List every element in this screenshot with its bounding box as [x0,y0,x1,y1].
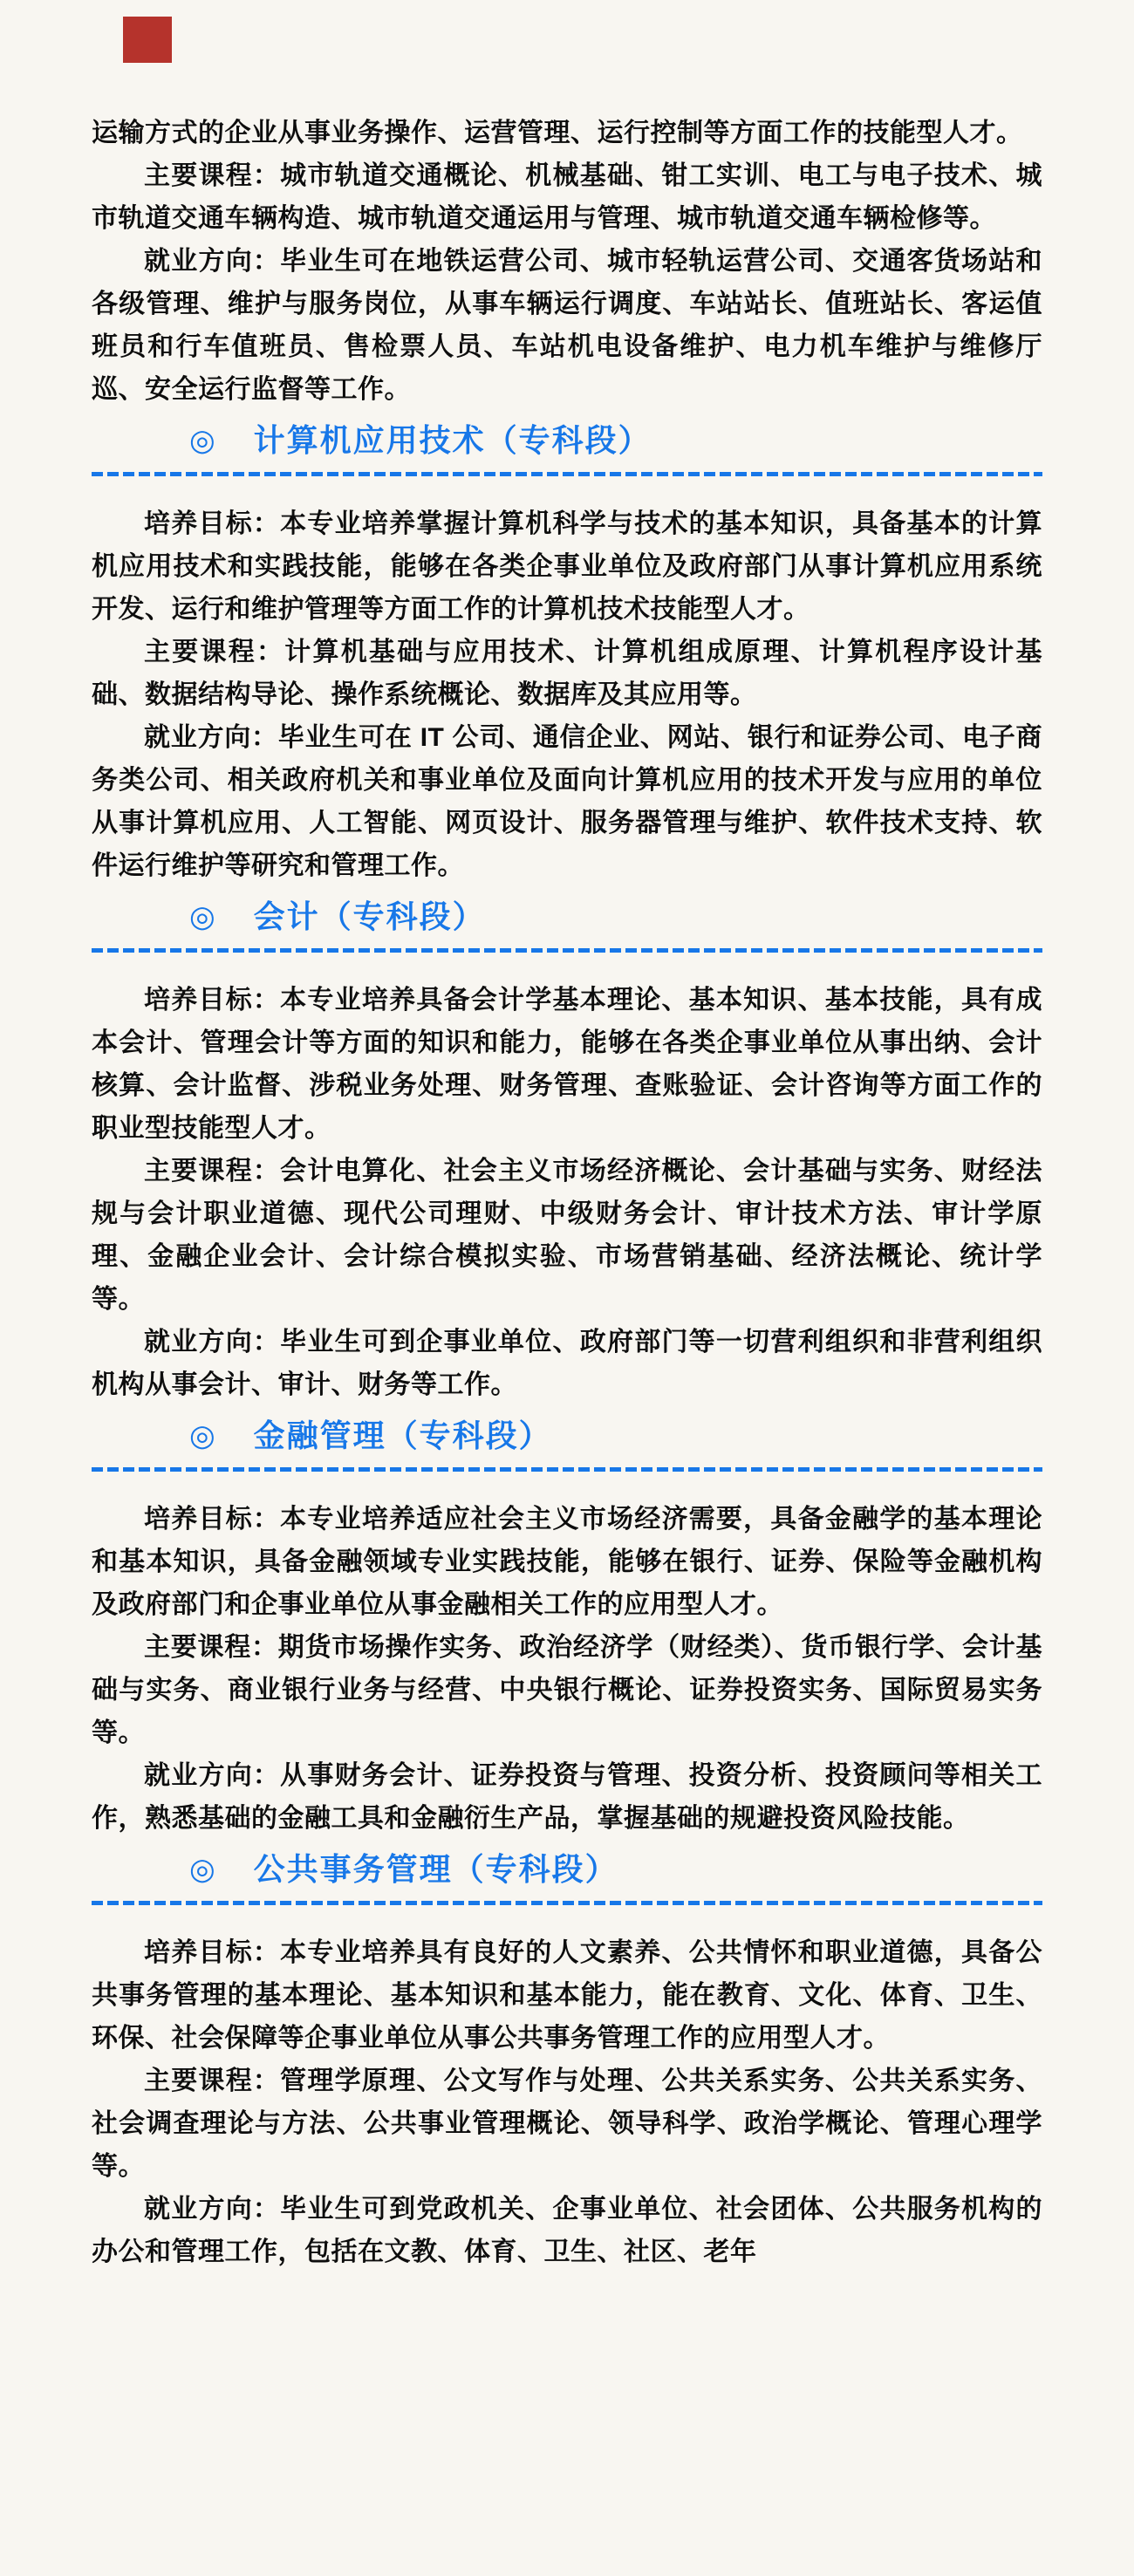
dashed-divider [92,1901,1042,1905]
dashed-divider [92,1467,1042,1472]
section-bullet-icon: ◎ [189,420,215,461]
main-courses-paragraph: 主要课程：管理学原理、公文写作与处理、公共关系实务、公共关系实务、社会调查理论与… [92,2060,1042,2188]
section-header: ◎ 计算机应用技术（专科段） [92,420,1042,461]
section-computer-application: ◎ 计算机应用技术（专科段） 培养目标：本专业培养掌握计算机科学与技术的基本知识… [92,420,1042,887]
section-accounting: ◎ 会计（专科段） 培养目标：本专业培养具备会计学基本理论、基本知识、基本技能，… [92,896,1042,1406]
employment-paragraph: 就业方向：从事财务会计、证券投资与管理、投资分析、投资顾问等相关工作，熟悉基础的… [92,1754,1042,1840]
employment-paragraph: 就业方向：毕业生可在 IT 公司、通信企业、网站、银行和证券公司、电子商务类公司… [92,716,1042,887]
section-title: 公共事务管理（专科段） [254,1848,618,1890]
red-accent-square [123,17,172,63]
section-title: 计算机应用技术（专科段） [254,420,652,461]
main-courses-paragraph: 主要课程：期货市场操作实务、政治经济学（财经类）、货币银行学、会计基础与实务、商… [92,1626,1042,1754]
intro-courses-paragraph: 主要课程：城市轨道交通概论、机械基础、钳工实训、电工与电子技术、城市轨道交通车辆… [92,154,1042,240]
section-bullet-icon: ◎ [189,896,215,938]
section-bullet-icon: ◎ [189,1415,215,1457]
section-header: ◎ 会计（专科段） [92,896,1042,938]
training-goal-paragraph: 培养目标：本专业培养具有良好的人文素养、公共情怀和职业道德，具备公共事务管理的基… [92,1931,1042,2060]
section-bullet-icon: ◎ [189,1848,215,1890]
training-goal-paragraph: 培养目标：本专业培养具备会计学基本理论、基本知识、基本技能，具有成本会计、管理会… [92,979,1042,1150]
employment-paragraph: 就业方向：毕业生可到企事业单位、政府部门等一切营利组织和非营利组织机构从事会计、… [92,1321,1042,1406]
intro-continuation-paragraph: 运输方式的企业从事业务操作、运营管理、运行控制等方面工作的技能型人才。 [92,112,1042,154]
section-title: 会计（专科段） [254,896,486,938]
section-header: ◎ 金融管理（专科段） [92,1415,1042,1457]
dashed-divider [92,472,1042,476]
section-public-affairs-management: ◎ 公共事务管理（专科段） 培养目标：本专业培养具有良好的人文素养、公共情怀和职… [92,1848,1042,2273]
main-courses-paragraph: 主要课程：会计电算化、社会主义市场经济概论、会计基础与实务、财经法规与会计职业道… [92,1150,1042,1321]
training-goal-paragraph: 培养目标：本专业培养适应社会主义市场经济需要，具备金融学的基本理论和基本知识，具… [92,1498,1042,1626]
main-courses-paragraph: 主要课程：计算机基础与应用技术、计算机组成原理、计算机程序设计基础、数据结构导论… [92,631,1042,716]
section-header: ◎ 公共事务管理（专科段） [92,1848,1042,1890]
section-financial-management: ◎ 金融管理（专科段） 培养目标：本专业培养适应社会主义市场经济需要，具备金融学… [92,1415,1042,1840]
training-goal-paragraph: 培养目标：本专业培养掌握计算机科学与技术的基本知识，具备基本的计算机应用技术和实… [92,502,1042,631]
employment-paragraph: 就业方向：毕业生可到党政机关、企事业单位、社会团体、公共服务机构的办公和管理工作… [92,2188,1042,2273]
section-title: 金融管理（专科段） [254,1415,552,1457]
dashed-divider [92,948,1042,953]
intro-employment-paragraph: 就业方向：毕业生可在地铁运营公司、城市轻轨运营公司、交通客货场站和各级管理、维护… [92,240,1042,411]
article-content: 运输方式的企业从事业务操作、运营管理、运行控制等方面工作的技能型人才。 主要课程… [0,0,1134,2273]
